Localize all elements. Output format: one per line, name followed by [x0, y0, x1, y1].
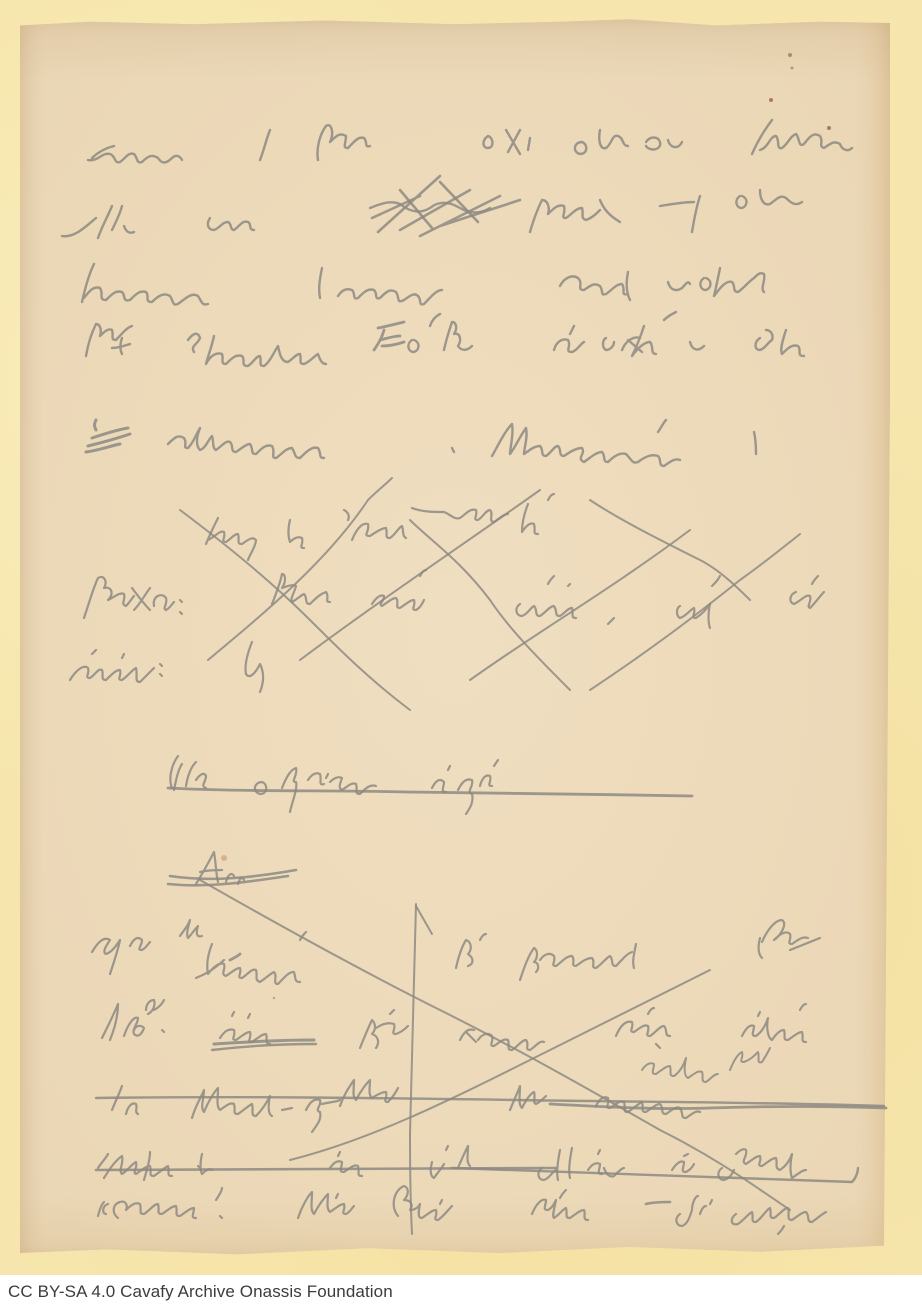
manuscript-line-12 — [102, 1000, 806, 1050]
manuscript-line-13 — [96, 1080, 886, 1132]
manuscript-line-8 — [70, 642, 263, 692]
manuscript-line-2 — [62, 176, 802, 238]
license-caption: CC BY-SA 4.0 Cavafy Archive Onassis Foun… — [8, 1282, 393, 1302]
manuscript-line-5 — [86, 420, 756, 466]
manuscript-line-10 — [168, 852, 296, 885]
manuscript-line-14 — [96, 1146, 858, 1182]
manuscript-line-4 — [86, 312, 804, 366]
manuscript-line-1 — [88, 120, 852, 163]
handwriting-layer — [0, 0, 922, 1275]
manuscript-line-9 — [168, 756, 692, 814]
manuscript-line-6 — [206, 494, 554, 560]
diagonal-strikeout — [200, 880, 790, 1234]
manuscript-line-3 — [82, 264, 764, 305]
manuscript-line-11 — [92, 920, 820, 984]
manuscript-line-7 — [84, 570, 824, 628]
manuscript-line-15 — [98, 1186, 826, 1234]
x-strikeout-strokes — [180, 478, 800, 710]
interlinear-addition — [642, 1048, 770, 1082]
